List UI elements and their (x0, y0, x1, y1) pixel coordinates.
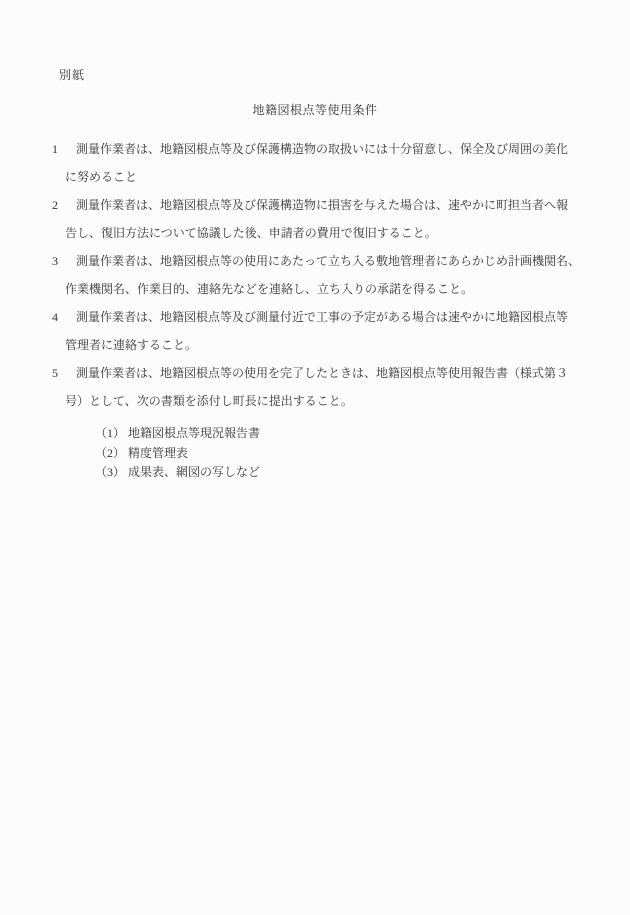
item-text-line: 作業機関名、作業目的、連絡先などを連絡し、立ち入りの承諾を得ること。 (0, 275, 630, 303)
attachment-number: （2） (95, 444, 128, 464)
condition-line: 2測量作業者は、地籍図根点等及び保護構造物に損害を与えた場合は、速やかに町担当者… (0, 191, 630, 219)
attachment-note: 別紙 (59, 66, 85, 83)
condition-line: 4測量作業者は、地籍図根点等及び測量付近で工事の予定がある場合は速やかに地籍図根… (0, 303, 630, 331)
item-number: 2 (52, 191, 76, 219)
attachment-number: （3） (95, 463, 128, 483)
condition-item: 5測量作業者は、地籍図根点等の使用を完了したときは、地籍図根点等使用報告書（様式… (0, 359, 630, 415)
attachment-label: 精度管理表 (128, 446, 188, 460)
condition-line: 3測量作業者は、地籍図根点等の使用にあたって立ち入る敷地管理者にあらかじめ計画機… (0, 247, 630, 275)
item-text-line: 測量作業者は、地籍図根点等及び保護構造物に損害を与えた場合は、速やかに町担当者へ… (76, 198, 568, 212)
document-page: 別紙 地籍図根点等使用条件 1測量作業者は、地籍図根点等及び保護構造物の取扱いに… (0, 0, 630, 915)
item-text-line: 測量作業者は、地籍図根点等の使用を完了したときは、地籍図根点等使用報告書（様式第… (76, 366, 568, 380)
attachment-item: （2）精度管理表 (95, 444, 260, 464)
condition-item: 3測量作業者は、地籍図根点等の使用にあたって立ち入る敷地管理者にあらかじめ計画機… (0, 247, 630, 303)
item-text-line: 管理者に連絡すること。 (0, 331, 630, 359)
item-number: 3 (52, 247, 76, 275)
item-text-line: 測量作業者は、地籍図根点等及び測量付近で工事の予定がある場合は速やかに地籍図根点… (76, 310, 568, 324)
attachment-item: （3）成果表、網図の写しなど (95, 463, 260, 483)
item-number: 5 (52, 359, 76, 387)
document-title: 地籍図根点等使用条件 (0, 101, 630, 118)
item-text-line: 測量作業者は、地籍図根点等の使用にあたって立ち入る敷地管理者にあらかじめ計画機関… (76, 254, 580, 268)
item-text-line: 告し、復旧方法について協議した後、申請者の費用で復旧すること。 (0, 219, 630, 247)
condition-item: 1測量作業者は、地籍図根点等及び保護構造物の取扱いには十分留意し、保全及び周囲の… (0, 135, 630, 191)
condition-item: 4測量作業者は、地籍図根点等及び測量付近で工事の予定がある場合は速やかに地籍図根… (0, 303, 630, 359)
condition-line: 1測量作業者は、地籍図根点等及び保護構造物の取扱いには十分留意し、保全及び周囲の… (0, 135, 630, 163)
attachment-item: （1）地籍図根点等現況報告書 (95, 424, 260, 444)
item-text-line: 測量作業者は、地籍図根点等及び保護構造物の取扱いには十分留意し、保全及び周囲の美… (76, 142, 568, 156)
condition-line: 5測量作業者は、地籍図根点等の使用を完了したときは、地籍図根点等使用報告書（様式… (0, 359, 630, 387)
item-number: 1 (52, 135, 76, 163)
item-number: 4 (52, 303, 76, 331)
attachment-label: 成果表、網図の写しなど (128, 465, 260, 479)
item-text-line: 号）として、次の書類を添付し町長に提出すること。 (0, 387, 630, 415)
item-text-line: に努めること (0, 163, 630, 191)
attachment-label: 地籍図根点等現況報告書 (128, 426, 260, 440)
conditions-list: 1測量作業者は、地籍図根点等及び保護構造物の取扱いには十分留意し、保全及び周囲の… (0, 135, 630, 415)
condition-item: 2測量作業者は、地籍図根点等及び保護構造物に損害を与えた場合は、速やかに町担当者… (0, 191, 630, 247)
attachment-number: （1） (95, 424, 128, 444)
attachment-list: （1）地籍図根点等現況報告書 （2）精度管理表 （3）成果表、網図の写しなど (95, 424, 260, 483)
